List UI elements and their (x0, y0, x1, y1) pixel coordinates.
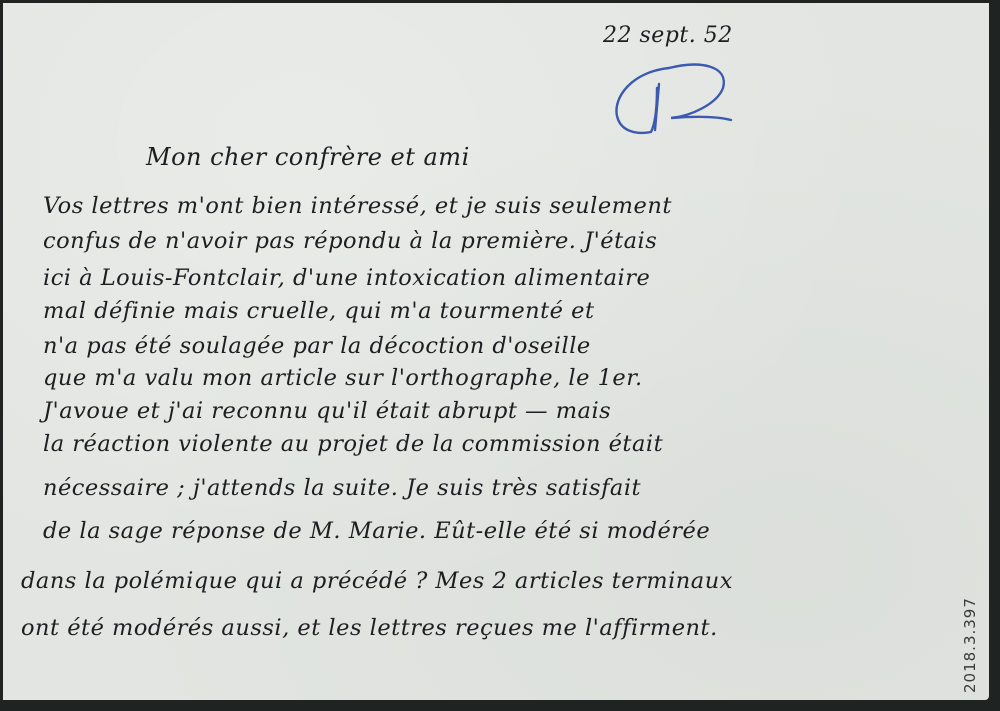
letter-line-4: mal définie mais cruelle, qui m'a tourme… (43, 298, 595, 324)
letter-salutation: Mon cher confrère et ami (146, 143, 470, 171)
letter-line-10: de la sage réponse de M. Marie. Eût-elle… (43, 518, 710, 544)
letter-line-3: ici à Louis-Fontclair, d'une intoxicatio… (43, 265, 650, 291)
letter-line-12: ont été modérés aussi, et les lettres re… (21, 615, 718, 641)
letter-line-2: confus de n'avoir pas répondu à la premi… (43, 228, 657, 254)
archive-accession-number: 2018.3.397 (961, 597, 979, 693)
letter-line-8: la réaction violente au projet de la com… (43, 431, 663, 457)
letter-line-1: Vos lettres m'ont bien intéressé, et je … (43, 193, 672, 219)
letter-line-6: que m'a valu mon article sur l'orthograp… (43, 365, 643, 391)
letter-line-9: nécessaire ; j'attends la suite. Je suis… (43, 475, 641, 501)
letter-line-11: dans la polémique qui a précédé ? Mes 2 … (21, 568, 733, 594)
letter-date: 22 sept. 52 (603, 23, 733, 48)
letter-line-7: J'avoue et j'ai reconnu qu'il était abru… (43, 398, 611, 424)
blue-initial-r-mark (611, 58, 741, 138)
letter-page: 22 sept. 52 Mon cher confrère et ami Vos… (3, 3, 989, 700)
letter-line-5: n'a pas été soulagée par la décoction d'… (43, 333, 591, 359)
